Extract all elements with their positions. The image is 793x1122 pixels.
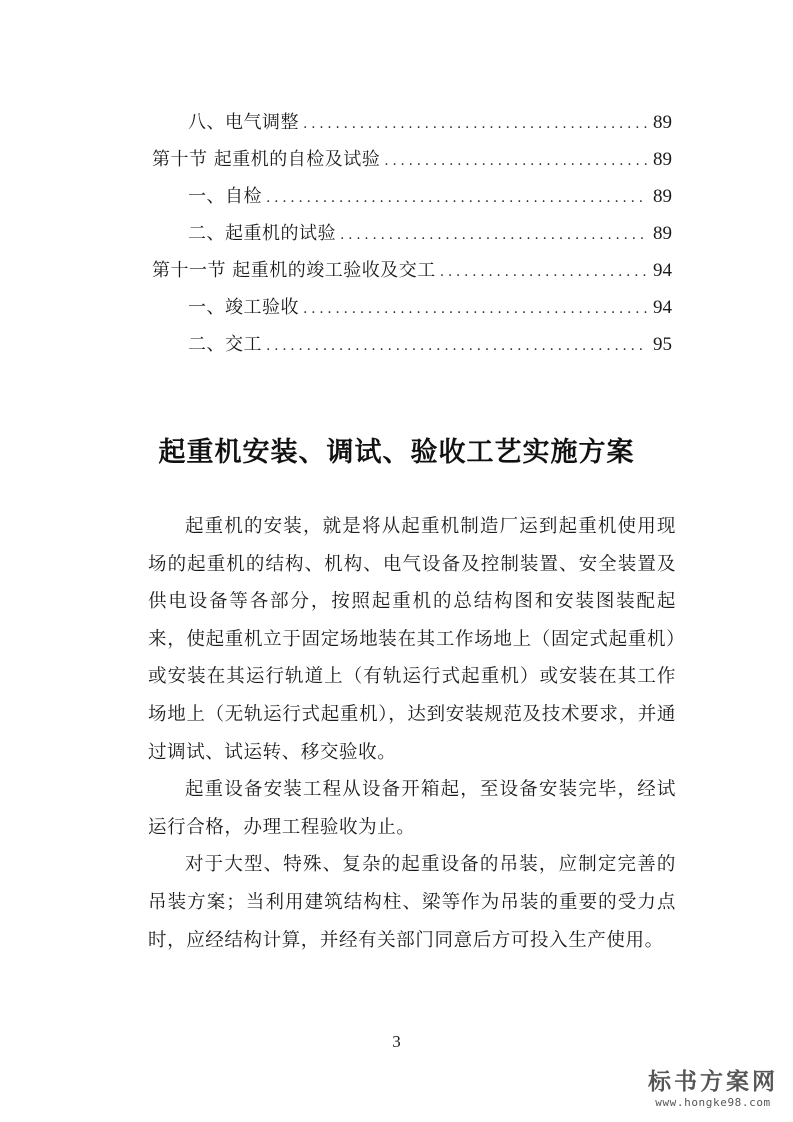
toc-dot-leader <box>266 180 647 217</box>
body-paragraph: 对于大型、特殊、复杂的起重设备的吊装，应制定完善的吊装方案；当利用建筑结构柱、梁… <box>148 846 676 959</box>
toc-entry-page: 89 <box>653 104 672 141</box>
document-title: 起重机安装、调试、验收工艺实施方案 <box>0 430 793 469</box>
toc-entry-label: 八、电气调整 <box>188 104 299 141</box>
watermark-url: www.hongke98.com <box>638 1096 788 1110</box>
toc-dot-leader <box>303 106 647 143</box>
body-paragraph: 起重机的安装，就是将从起重机制造厂运到起重机使用现场的起重机的结构、机构、电气设… <box>148 508 676 771</box>
toc-entry-label: 二、交工 <box>188 326 262 363</box>
toc-dot-leader <box>303 291 647 328</box>
toc-dot-leader <box>266 328 647 365</box>
toc-dot-leader <box>440 254 647 291</box>
page-number: 3 <box>0 1032 793 1052</box>
document-body: 起重机的安装，就是将从起重机制造厂运到起重机使用现场的起重机的结构、机构、电气设… <box>148 508 676 959</box>
table-of-contents: 八、电气调整 89 第十节 起重机的自检及试验 89 一、自检 89 二、起重机… <box>152 104 672 363</box>
watermark-logo: 标书方案网 www.hongke98.com <box>638 1068 788 1110</box>
toc-entry[interactable]: 八、电气调整 89 <box>152 104 672 141</box>
toc-entry[interactable]: 一、竣工验收 94 <box>152 289 672 326</box>
toc-entry-page: 89 <box>653 215 672 252</box>
toc-entry-label: 一、竣工验收 <box>188 289 299 326</box>
toc-entry-label: 一、自检 <box>188 178 262 215</box>
toc-entry-label: 第十节 起重机的自检及试验 <box>152 141 380 178</box>
toc-entry-page: 89 <box>653 141 672 178</box>
toc-entry-label: 第十一节 起重机的竣工验收及交工 <box>152 252 436 289</box>
toc-dot-leader <box>384 143 647 180</box>
toc-entry-label: 二、起重机的试验 <box>188 215 336 252</box>
toc-dot-leader <box>340 217 647 254</box>
toc-entry[interactable]: 第十一节 起重机的竣工验收及交工 94 <box>152 252 672 289</box>
watermark-title: 标书方案网 <box>638 1068 788 1096</box>
toc-entry-page: 94 <box>653 289 672 326</box>
toc-entry[interactable]: 第十节 起重机的自检及试验 89 <box>152 141 672 178</box>
toc-entry-page: 89 <box>653 178 672 215</box>
body-paragraph: 起重设备安装工程从设备开箱起，至设备安装完毕，经试运行合格，办理工程验收为止。 <box>148 771 676 846</box>
toc-entry-page: 94 <box>653 252 672 289</box>
toc-entry[interactable]: 一、自检 89 <box>152 178 672 215</box>
toc-entry[interactable]: 二、交工 95 <box>152 326 672 363</box>
toc-entry[interactable]: 二、起重机的试验 89 <box>152 215 672 252</box>
toc-entry-page: 95 <box>653 326 672 363</box>
